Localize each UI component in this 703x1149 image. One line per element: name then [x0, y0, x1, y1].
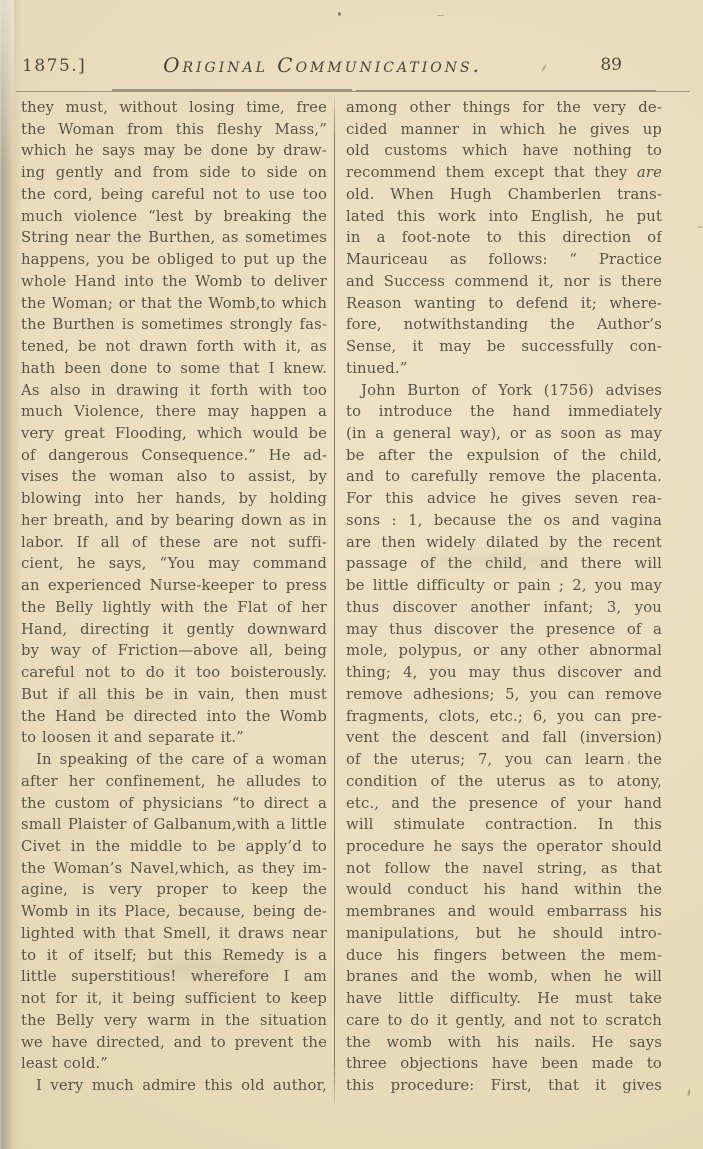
text-line: vises the woman also to assist, by — [21, 466, 327, 488]
header-rule-segment — [112, 89, 352, 91]
text-line: very great Flooding, which would be — [21, 423, 327, 445]
text-line: membranes and would embarrass his — [346, 901, 662, 923]
text-line: duce his fingers between the mem- — [346, 945, 662, 967]
text-line: Mauriceau as follows: “ Practice — [346, 249, 662, 271]
text-line: the Woman’s Navel,which, as they im- — [21, 858, 327, 880]
text-line: ing gently and from side to side on — [21, 162, 327, 184]
text-line: least cold.” — [21, 1053, 327, 1075]
text-line: careful not to do it too boisterously. — [21, 662, 327, 684]
text-line: which he says may be done by draw- — [21, 140, 327, 162]
text-line: to introduce the hand immediately — [346, 401, 662, 423]
text-line: tinued.” — [346, 358, 662, 380]
text-line: old customs which have nothing to — [346, 140, 662, 162]
text-line: much violence “lest by breaking the — [21, 206, 327, 228]
text-line: the Burthen is sometimes strongly fas- — [21, 314, 327, 336]
text-line: As also in drawing it forth with too — [21, 380, 327, 402]
column-left: they must, without losing time, freethe … — [21, 97, 327, 1097]
text-line: labor. If all of these are not suffi- — [21, 532, 327, 554]
text-line: much Violence, there may happen a — [21, 401, 327, 423]
text-line: blowing into her hands, by holding — [21, 488, 327, 510]
text-line: three objections have been made to — [346, 1053, 662, 1075]
text-line: the cord, being careful not to use too — [21, 184, 327, 206]
ink-speck — [437, 15, 444, 16]
text-line: happens, you be obliged to put up the — [21, 249, 327, 271]
text-line: they must, without losing time, free — [21, 97, 327, 119]
text-line: John Burton of York (1756) advises — [346, 380, 662, 402]
text-line: we have directed, and to prevent the — [21, 1032, 327, 1054]
text-line: For this advice he gives seven rea- — [346, 488, 662, 510]
text-line: whole Hand into the Womb to deliver — [21, 271, 327, 293]
text-line: (in a general way), or as soon as may — [346, 423, 662, 445]
text-line: vent the descent and fall (inversion) — [346, 727, 662, 749]
text-line: may thus discover the presence of a — [346, 619, 662, 641]
text-line: her breath, and by bearing down as in — [21, 510, 327, 532]
text-line: fragments, clots, etc.; 6, you can pre- — [346, 706, 662, 728]
page-number: 89 — [540, 55, 622, 75]
text-line: hath been done to some that I knew. — [21, 358, 327, 380]
text-line: are then widely dilated by the recent — [346, 532, 662, 554]
text-line: the Woman from this fleshy Mass,” — [21, 119, 327, 141]
text-line: String near the Burthen, as sometimes — [21, 227, 327, 249]
text-line: would conduct his hand within the — [346, 879, 662, 901]
text-line: agine, is very proper to keep the — [21, 879, 327, 901]
header-rule-segment — [356, 90, 656, 91]
text-line: will stimulate contraction. In this — [346, 814, 662, 836]
text-line: of dangerous Consequence.” He ad- — [21, 445, 327, 467]
text-line: recommend them except that they are — [346, 162, 662, 184]
show-through-smudge — [150, 960, 280, 976]
ink-speck — [698, 226, 702, 228]
text-line: in a foot-note to this direction of — [346, 227, 662, 249]
text-line: not for it, it being sufficient to keep — [21, 988, 327, 1010]
text-line: Hand, directing it gently downward — [21, 619, 327, 641]
text-line: I very much admire this old author, — [21, 1075, 327, 1097]
text-line: of the uterus; 7, you can learn the — [346, 749, 662, 771]
text-line: branes and the womb, when he will — [346, 966, 662, 988]
text-line: sons : 1, because the os and vagina — [346, 510, 662, 532]
text-line: old. When Hugh Chamberlen trans- — [346, 184, 662, 206]
text-line: be little difficulty or pain ; 2, you ma… — [346, 575, 662, 597]
text-line: the custom of physicians “to direct a — [21, 793, 327, 815]
page-gutter-shadow — [0, 0, 22, 1149]
column-divider-rule — [334, 97, 335, 1104]
text-line: lighted with that Smell, it draws near — [21, 923, 327, 945]
text-line: an experienced Nurse-keeper to press — [21, 575, 327, 597]
text-line: this procedure: First, that it gives — [346, 1075, 662, 1097]
text-line: small Plaister of Galbanum,with a little — [21, 814, 327, 836]
text-line: cided manner in which he gives up — [346, 119, 662, 141]
text-line: thing; 4, you may thus discover and — [346, 662, 662, 684]
text-line: etc., and the presence of your hand — [346, 793, 662, 815]
text-line: In speaking of the care of a woman — [21, 749, 327, 771]
show-through-smudge — [420, 554, 570, 568]
text-line: Womb in its Place, because, being de- — [21, 901, 327, 923]
show-through-smudge — [60, 700, 180, 712]
text-line: the Belly very warm in the situation — [21, 1010, 327, 1032]
text-line: by way of Friction—above all, being — [21, 640, 327, 662]
text-line: Sense, it may be successfully con- — [346, 336, 662, 358]
text-line: mole, polypus, or any other abnormal — [346, 640, 662, 662]
text-line: among other things for the very de- — [346, 97, 662, 119]
text-line: tened, be not drawn forth with it, as — [21, 336, 327, 358]
running-head-title: Original Communications. — [15, 53, 630, 77]
text-line: fore, notwithstanding the Author’s — [346, 314, 662, 336]
text-line: thus discover another infant; 3, you — [346, 597, 662, 619]
ink-speck — [338, 12, 341, 16]
text-line: manipulations, but he should intro- — [346, 923, 662, 945]
text-line: Reason wanting to defend it; where- — [346, 293, 662, 315]
page-gutter-highlight — [0, 0, 14, 170]
column-right: among other things for the very de-cided… — [346, 97, 662, 1097]
text-line: and Success commend it, nor is there — [346, 271, 662, 293]
text-line: to loosen it and separate it.” — [21, 727, 327, 749]
text-line: not follow the navel string, as that — [346, 858, 662, 880]
text-line: the Woman; or that the Womb,to which — [21, 293, 327, 315]
header-rule — [16, 91, 690, 92]
text-line: the Belly lightly with the Flat of her — [21, 597, 327, 619]
text-line: have little difficulty. He must take — [346, 988, 662, 1010]
text-line: Civet in the middle to be apply’d to — [21, 836, 327, 858]
text-line: procedure he says the operator should — [346, 836, 662, 858]
text-line: condition of the uterus as to atony, — [346, 771, 662, 793]
text-line: and to carefully remove the placenta. — [346, 466, 662, 488]
text-line: be after the expulsion of the child, — [346, 445, 662, 467]
text-line: cient, he says, “You may command — [21, 553, 327, 575]
text-line: lated this work into English, he put — [346, 206, 662, 228]
text-line: care to do it gently, and not to scratch — [346, 1010, 662, 1032]
text-line: remove adhesions; 5, you can remove — [346, 684, 662, 706]
text-line: the womb with his nails. He says — [346, 1032, 662, 1054]
text-line: after her confinement, he alludes to — [21, 771, 327, 793]
